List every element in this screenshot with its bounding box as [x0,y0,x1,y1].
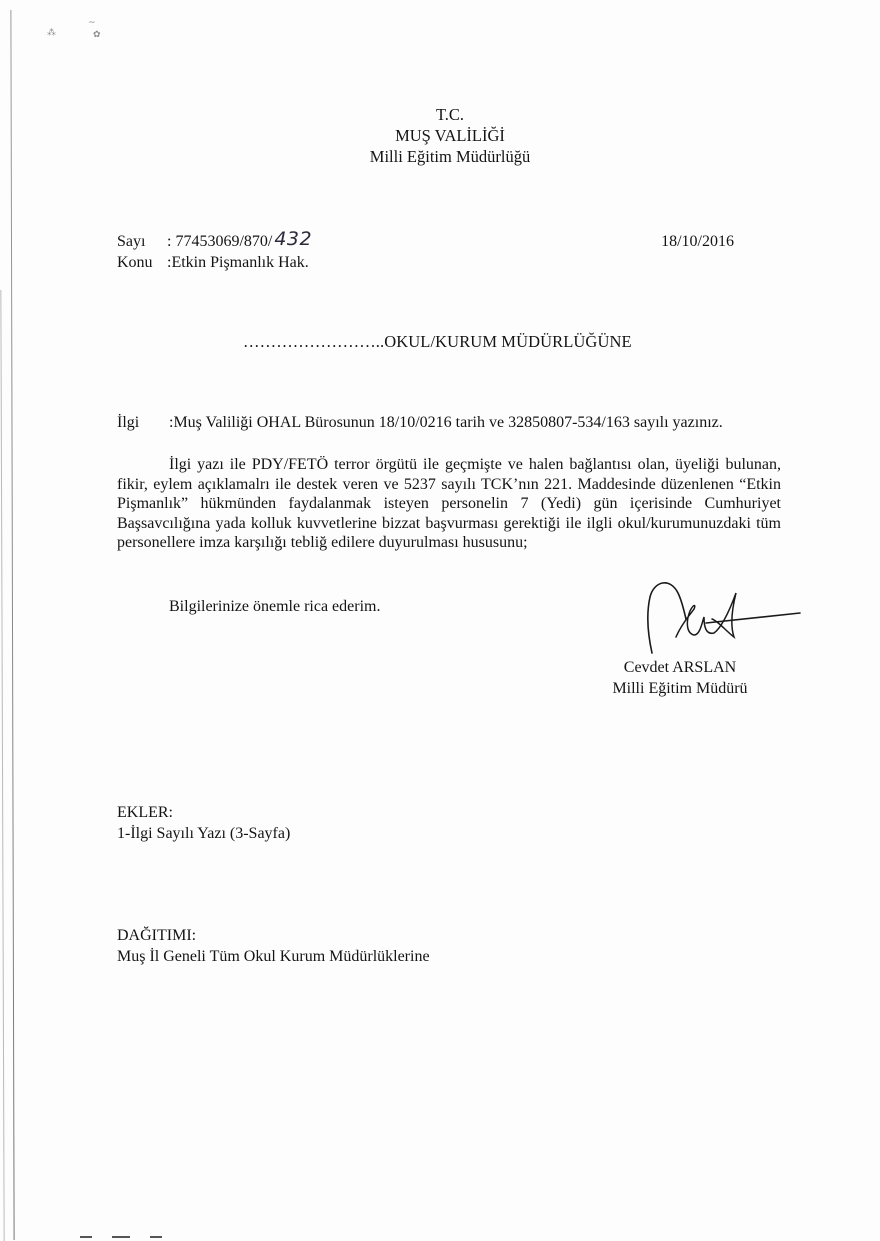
header-country: T.C. [0,104,880,125]
body-paragraph: İlgi yazı ile PDY/FETÖ terror örgütü ile… [117,455,781,553]
scan-speck: ~ [88,18,96,28]
ilgi-value: :Muş Valiliği OHAL Bürosunun 18/10/0216 … [169,414,723,432]
closing-line: Bilgilerinize önemle rica ederim. [169,598,380,616]
scan-mark [80,1236,92,1238]
distribution-heading: DAĞITIMI: [117,925,430,946]
signer-block: Cevdet ARSLAN Milli Eğitim Müdürü [600,657,760,699]
konu-label: Konu [117,252,167,273]
scan-speck: ✿ [93,30,101,40]
scan-edge-line [0,290,4,1241]
document-header: T.C. MUŞ VALİLİĞİ Milli Eğitim Müdürlüğü [0,104,880,167]
addressee: ……………………..OKUL/KURUM MÜDÜRLÜĞÜNE [243,332,632,352]
document-meta: Sayı : 77453069/870/ 432 Konu :Etkin Piş… [117,231,312,273]
scanned-document-page: ⁂ ✿ ~ T.C. MUŞ VALİLİĞİ Milli Eğitim Müd… [0,0,880,1241]
scan-mark [150,1236,162,1238]
header-directorate: Milli Eğitim Müdürlüğü [0,146,880,167]
header-governorship: MUŞ VALİLİĞİ [0,125,880,146]
signer-title: Milli Eğitim Müdürü [600,678,760,699]
konu-value: :Etkin Pişmanlık Hak. [167,252,309,273]
distribution-item: Muş İl Geneli Tüm Okul Kurum Müdürlükler… [117,946,430,967]
scan-speck: ⁂ [47,28,56,38]
distribution-section: DAĞITIMI: Muş İl Geneli Tüm Okul Kurum M… [117,925,430,967]
signature-icon [640,575,810,660]
ilgi-label: İlgi [117,414,169,432]
scan-footer-marks [80,1236,162,1238]
signer-name: Cevdet ARSLAN [600,657,760,678]
attachments-heading: EKLER: [117,802,290,823]
sayi-handwritten-number: 432 [274,229,312,250]
reference-line: İlgi :Muş Valiliği OHAL Bürosunun 18/10/… [117,414,723,432]
attachments-section: EKLER: 1-İlgi Sayılı Yazı (3-Sayfa) [117,802,290,844]
konu-row: Konu :Etkin Pişmanlık Hak. [117,252,312,273]
document-date: 18/10/2016 [661,231,734,252]
attachment-item: 1-İlgi Sayılı Yazı (3-Sayfa) [117,823,290,844]
sayi-label: Sayı [117,231,167,252]
sayi-row: Sayı : 77453069/870/ 432 [117,231,312,252]
sayi-value: : 77453069/870/ [167,231,272,252]
scan-mark [112,1236,130,1238]
scan-binding-line [10,10,14,1240]
